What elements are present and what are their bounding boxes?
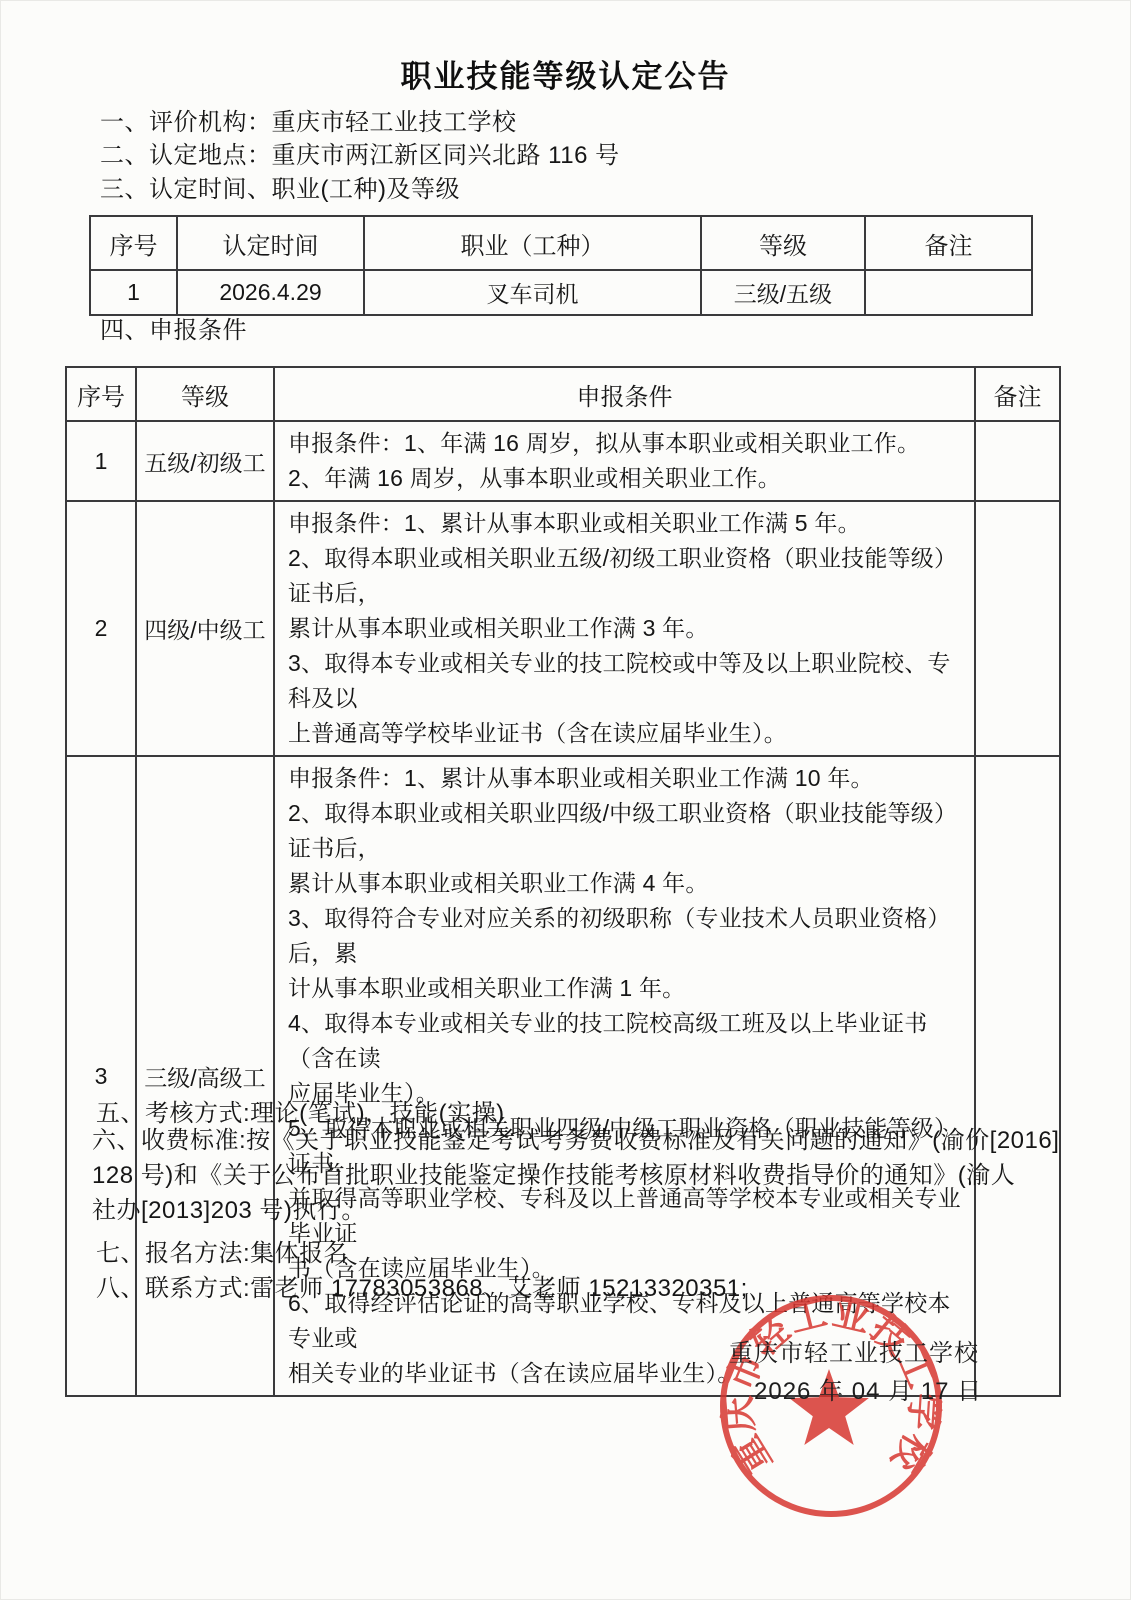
row2-conditions: 申报条件：1、累计从事本职业或相关职业工作满 5 年。 2、取得本职业或相关职业… [274,501,975,756]
page-title: 职业技能等级认定公告 [1,51,1130,96]
conditions-header-note: 备注 [975,367,1060,421]
announcement-document: 职业技能等级认定公告 一、评价机构：重庆市轻工业技工学校 二、认定地点：重庆市两… [0,0,1131,1600]
schedule-header-occupation: 职业（工种） [364,216,701,270]
schedule-cell-seq: 1 [90,270,177,315]
official-red-seal: 重庆市轻工业技工学校 [701,1276,961,1536]
conditions-header-level: 等级 [136,367,274,421]
item-fee-standard: 六、收费标准:按《关于职业技能鉴定考试考务费收费标准及有关问题的通知》(渝价[2… [92,1123,1077,1228]
schedule-data-row: 1 2026.4.29 叉车司机 三级/五级 [90,270,1032,315]
item-evaluation-agency: 一、评价机构：重庆市轻工业技工学校 [100,111,517,135]
schedule-header-date: 认定时间 [177,216,364,270]
row1-conditions: 申报条件：1、年满 16 周岁，拟从事本职业或相关职业工作。 2、年满 16 周… [274,421,975,501]
conditions-header-row: 序号 等级 申报条件 备注 [66,367,1060,421]
row2-level: 四级/中级工 [136,501,274,756]
conditions-row-2: 2 四级/中级工 申报条件：1、累计从事本职业或相关职业工作满 5 年。 2、取… [66,501,1060,756]
schedule-table: 序号 认定时间 职业（工种） 等级 备注 1 2026.4.29 叉车司机 三级… [89,215,1033,316]
item-registration-method: 七、报名方法:集体报名 [96,1242,348,1266]
signature-organization: 重庆市轻工业技工学校 [729,1341,979,1366]
schedule-cell-level: 三级/五级 [701,270,865,315]
row1-note [975,421,1060,501]
conditions-row-1: 1 五级/初级工 申报条件：1、年满 16 周岁，拟从事本职业或相关职业工作。 … [66,421,1060,501]
section4-heading: 四、申报条件 [100,319,247,343]
item-schedule-heading: 三、认定时间、职业(工种)及等级 [100,178,460,202]
conditions-header-conditions: 申报条件 [274,367,975,421]
schedule-header-row: 序号 认定时间 职业（工种） 等级 备注 [90,216,1032,270]
row2-seq: 2 [66,501,136,756]
schedule-cell-date: 2026.4.29 [177,270,364,315]
row3-note [975,756,1060,1396]
schedule-header-seq: 序号 [90,216,177,270]
signature-date: 2026 年 04 月 17 日 [754,1379,982,1404]
schedule-header-note: 备注 [865,216,1032,270]
schedule-cell-note [865,270,1032,315]
item-location: 二、认定地点：重庆市两江新区同兴北路 116 号 [100,144,620,168]
row2-note [975,501,1060,756]
item-contact-info: 八、联系方式:雷老师 17783053868、艾老师 15213320351; [96,1277,748,1301]
row1-level: 五级/初级工 [136,421,274,501]
row1-seq: 1 [66,421,136,501]
conditions-header-seq: 序号 [66,367,136,421]
schedule-cell-occupation: 叉车司机 [364,270,701,315]
schedule-header-level: 等级 [701,216,865,270]
